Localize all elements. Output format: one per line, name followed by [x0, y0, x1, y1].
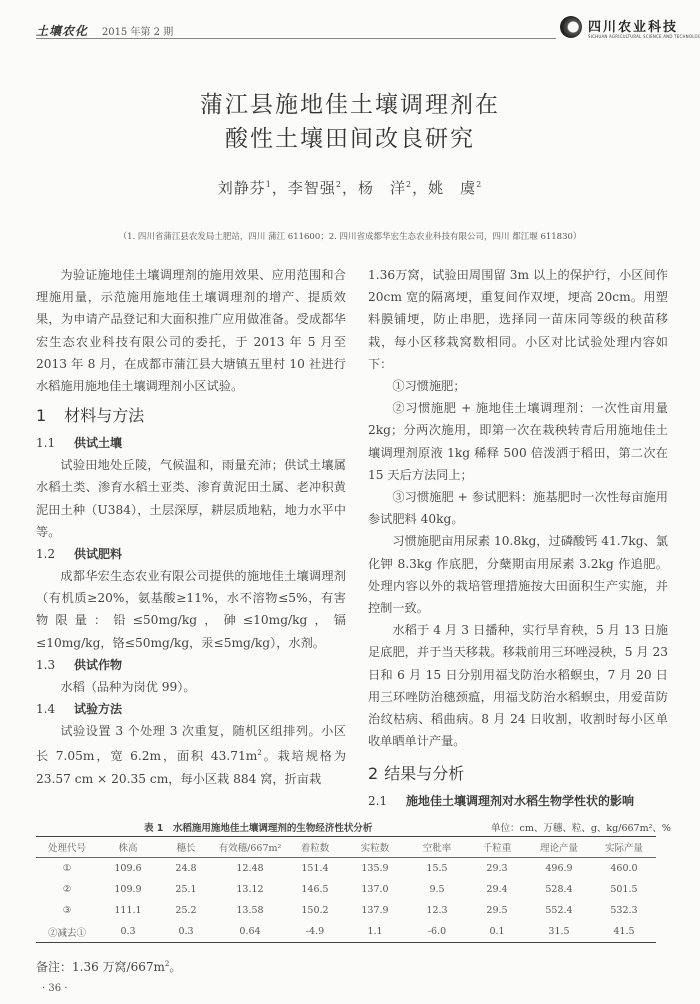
- column-header: 有效穗/667m²: [214, 837, 286, 858]
- paragraph-soil: 试验田地处丘陵，气候温和，雨量充沛；供试土壤属水稻土类、渗育水稻土亚类、渗育黄泥…: [36, 454, 346, 543]
- logo-subtitle: SICHUAN AGRICULTURAL SCIENCE AND TECHNOL…: [588, 34, 700, 39]
- running-header: 土壤农化 2015 年第 2 期: [36, 22, 173, 39]
- table-cell: 25.1: [158, 879, 214, 900]
- table-cell: 532.3: [592, 900, 656, 921]
- table-cell: 29.5: [468, 900, 526, 921]
- subsection-number: 1.1: [36, 432, 74, 454]
- section-title: 结果与分析: [384, 764, 464, 783]
- table-cell: 15.5: [406, 858, 468, 880]
- table-cell: 9.5: [406, 879, 468, 900]
- table-cell: 150.2: [286, 900, 344, 921]
- table-caption: 表 1 水稻施用施地佳土壤调理剂的生物经济性状分析: [144, 820, 372, 834]
- table-units: 单位：cm、万穗、粒、g、kg/667m²、%: [491, 820, 671, 834]
- table-cell: 29.4: [468, 879, 526, 900]
- table-cell: 137.9: [344, 900, 406, 921]
- author-name: 李智强: [288, 179, 336, 197]
- column-header: 穗长: [158, 837, 214, 858]
- table-note: 备注：1.36 万窝/667m2。: [36, 958, 181, 975]
- table-cell: 1.1: [344, 921, 406, 943]
- subsection-title: 施地佳土壤调理剂对水稻生物学性状的影响: [406, 794, 634, 808]
- treatment-3: ③习惯施肥 + 参试肥料：施基肥时一次性每亩施用参试肥料 40kg。: [368, 486, 668, 530]
- table-cell: 151.4: [286, 858, 344, 880]
- left-column: 为验证施地佳土壤调理剂的施用效果、应用范围和合理施用量，示范施用施地佳土壤调理剂…: [36, 264, 346, 790]
- column-header: 着粒数: [286, 837, 344, 858]
- table-cell: 13.58: [214, 900, 286, 921]
- table-cell: 460.0: [592, 858, 656, 880]
- paragraph-method: 试验设置 3 个处理 3 次重复，随机区组排列。小区长 7.05m，宽 6.2m…: [36, 720, 346, 790]
- table-cell: 496.9: [526, 858, 592, 880]
- column-header: 千粒重: [468, 837, 526, 858]
- table-cell: 12.3: [406, 900, 468, 921]
- column-header: 实粒数: [344, 837, 406, 858]
- table-cell: 135.9: [344, 858, 406, 880]
- logo-ring-icon: [560, 16, 582, 38]
- author-name: 刘静芬: [218, 179, 266, 197]
- table-cell: 528.4: [526, 879, 592, 900]
- table-row-difference: ②减去①0.30.30.64-4.91.1-6.00.131.541.5: [36, 921, 656, 943]
- author-aff: 2: [476, 180, 482, 189]
- table-cell: 552.4: [526, 900, 592, 921]
- section-number: 1: [36, 406, 46, 425]
- author-list: 刘静芬1，李智强2，杨 洋2，姚 虞2: [0, 177, 700, 198]
- intro-paragraph: 为验证施地佳土壤调理剂的施用效果、应用范围和合理施用量，示范施用施地佳土壤调理剂…: [36, 264, 346, 397]
- table-cell: 109.9: [98, 879, 158, 900]
- journal-logo: 四川农业科技 SICHUAN AGRICULTURAL SCIENCE AND …: [560, 14, 690, 44]
- table-cell: ②减去①: [36, 921, 98, 943]
- table-cell: 0.1: [468, 921, 526, 943]
- subsection-number: 1.4: [36, 698, 74, 720]
- author-name: 杨 洋: [358, 179, 406, 197]
- journal-section: 土壤农化: [36, 24, 88, 38]
- subsection-number: 1.3: [36, 654, 74, 676]
- paragraph-management: 水稻于 4 月 3 日播种，实行旱育秧，5 月 13 日施足底肥，并于当天移栽。…: [368, 619, 668, 752]
- column-header: 株高: [98, 837, 158, 858]
- subsection-title: 试验方法: [74, 702, 122, 716]
- subsection-heading-2-1: 2.1施地佳土壤调理剂对水稻生物学性状的影响: [368, 790, 668, 812]
- results-table: 处理代号 株高 穗长 有效穗/667m² 着粒数 实粒数 空秕率 千粒重 理论产…: [36, 836, 656, 943]
- table-row: ②109.925.113.12146.5137.09.529.4528.4501…: [36, 879, 656, 900]
- paragraph-crop: 水稻（品种为岗优 99）。: [36, 676, 346, 698]
- table-cell: 0.3: [98, 921, 158, 943]
- table-cell: 24.8: [158, 858, 214, 880]
- article-title-line1: 蒲江县施地佳土壤调理剂在: [0, 86, 700, 119]
- column-header: 实际产量: [592, 837, 656, 858]
- table-cell: ③: [36, 900, 98, 921]
- table-cell: 13.12: [214, 879, 286, 900]
- table-header-row: 处理代号 株高 穗长 有效穗/667m² 着粒数 实粒数 空秕率 千粒重 理论产…: [36, 837, 656, 858]
- treatment-2: ②习惯施肥 + 施地佳土壤调理剂：一次性亩用量 2kg；分两次施用，即第一次在栽…: [368, 397, 668, 486]
- table-cell: 31.5: [526, 921, 592, 943]
- note-end: 。: [169, 960, 181, 974]
- table-cell: 25.2: [158, 900, 214, 921]
- subsection-number: 2.1: [368, 790, 406, 812]
- paragraph-fertilization: 习惯施肥亩用尿素 10.8kg，过磷酸钙 41.7kg、氯化钾 8.3kg 作底…: [368, 530, 668, 619]
- table-cell: -4.9: [286, 921, 344, 943]
- column-header: 理论产量: [526, 837, 592, 858]
- subsection-heading-1-1: 1.1供试土壤: [36, 432, 346, 454]
- table-cell: 137.0: [344, 879, 406, 900]
- section-title: 材料与方法: [64, 406, 144, 425]
- right-column: 1.36万窝，试验田周围留 3m 以上的保护行，小区间作 20cm 宽的隔离埂，…: [368, 264, 668, 812]
- subsection-heading-1-2: 1.2供试肥料: [36, 543, 346, 565]
- table-cell: ①: [36, 858, 98, 880]
- table-cell: 41.5: [592, 921, 656, 943]
- table-cell: 109.6: [98, 858, 158, 880]
- paragraph-layout: 1.36万窝，试验田周围留 3m 以上的保护行，小区间作 20cm 宽的隔离埂，…: [368, 264, 668, 375]
- header-rule: [36, 38, 556, 39]
- table-row: ①109.624.812.48151.4135.915.529.3496.946…: [36, 858, 656, 880]
- table-row: ③111.125.213.58150.2137.912.329.5552.453…: [36, 900, 656, 921]
- subsection-heading-1-3: 1.3供试作物: [36, 654, 346, 676]
- table-cell: ②: [36, 879, 98, 900]
- section-number: 2: [368, 764, 378, 783]
- subsection-title: 供试土壤: [74, 436, 122, 450]
- paragraph-fertilizer: 成都华宏生态农业有限公司提供的施地佳土壤调理剂（有机质≥20%，氨基酸≥11%，…: [36, 565, 346, 654]
- page-number: · 36 ·: [42, 983, 67, 994]
- logo-title: 四川农业科技: [588, 16, 678, 35]
- author-aff: 2: [406, 180, 412, 189]
- table-cell: 0.3: [158, 921, 214, 943]
- author-name: 姚 虞: [428, 179, 476, 197]
- subsection-heading-1-4: 1.4试验方法: [36, 698, 346, 720]
- affiliations: （1. 四川省蒲江县农发局土肥站，四川 蒲江 611600；2. 四川省成都华宏…: [0, 230, 700, 242]
- table-cell: 111.1: [98, 900, 158, 921]
- table-cell: -6.0: [406, 921, 468, 943]
- issue-label: 2015 年第 2 期: [102, 27, 173, 38]
- table-cell: 0.64: [214, 921, 286, 943]
- section-heading-1: 1材料与方法: [36, 402, 346, 430]
- author-aff: 2: [336, 180, 342, 189]
- article-title-line2: 酸性土壤田间改良研究: [0, 120, 700, 153]
- table-cell: 501.5: [592, 879, 656, 900]
- subsection-number: 1.2: [36, 543, 74, 565]
- table-cell: 29.3: [468, 858, 526, 880]
- author-aff: 1: [266, 180, 272, 189]
- column-header: 空秕率: [406, 837, 468, 858]
- table-cell: 12.48: [214, 858, 286, 880]
- subsection-title: 供试作物: [74, 658, 122, 672]
- subsection-title: 供试肥料: [74, 547, 122, 561]
- note-text: 备注：1.36 万窝/667m: [36, 960, 165, 974]
- column-header: 处理代号: [36, 837, 98, 858]
- section-heading-2: 2结果与分析: [368, 760, 668, 788]
- table-cell: 146.5: [286, 879, 344, 900]
- treatment-1: ①习惯施肥；: [368, 375, 668, 397]
